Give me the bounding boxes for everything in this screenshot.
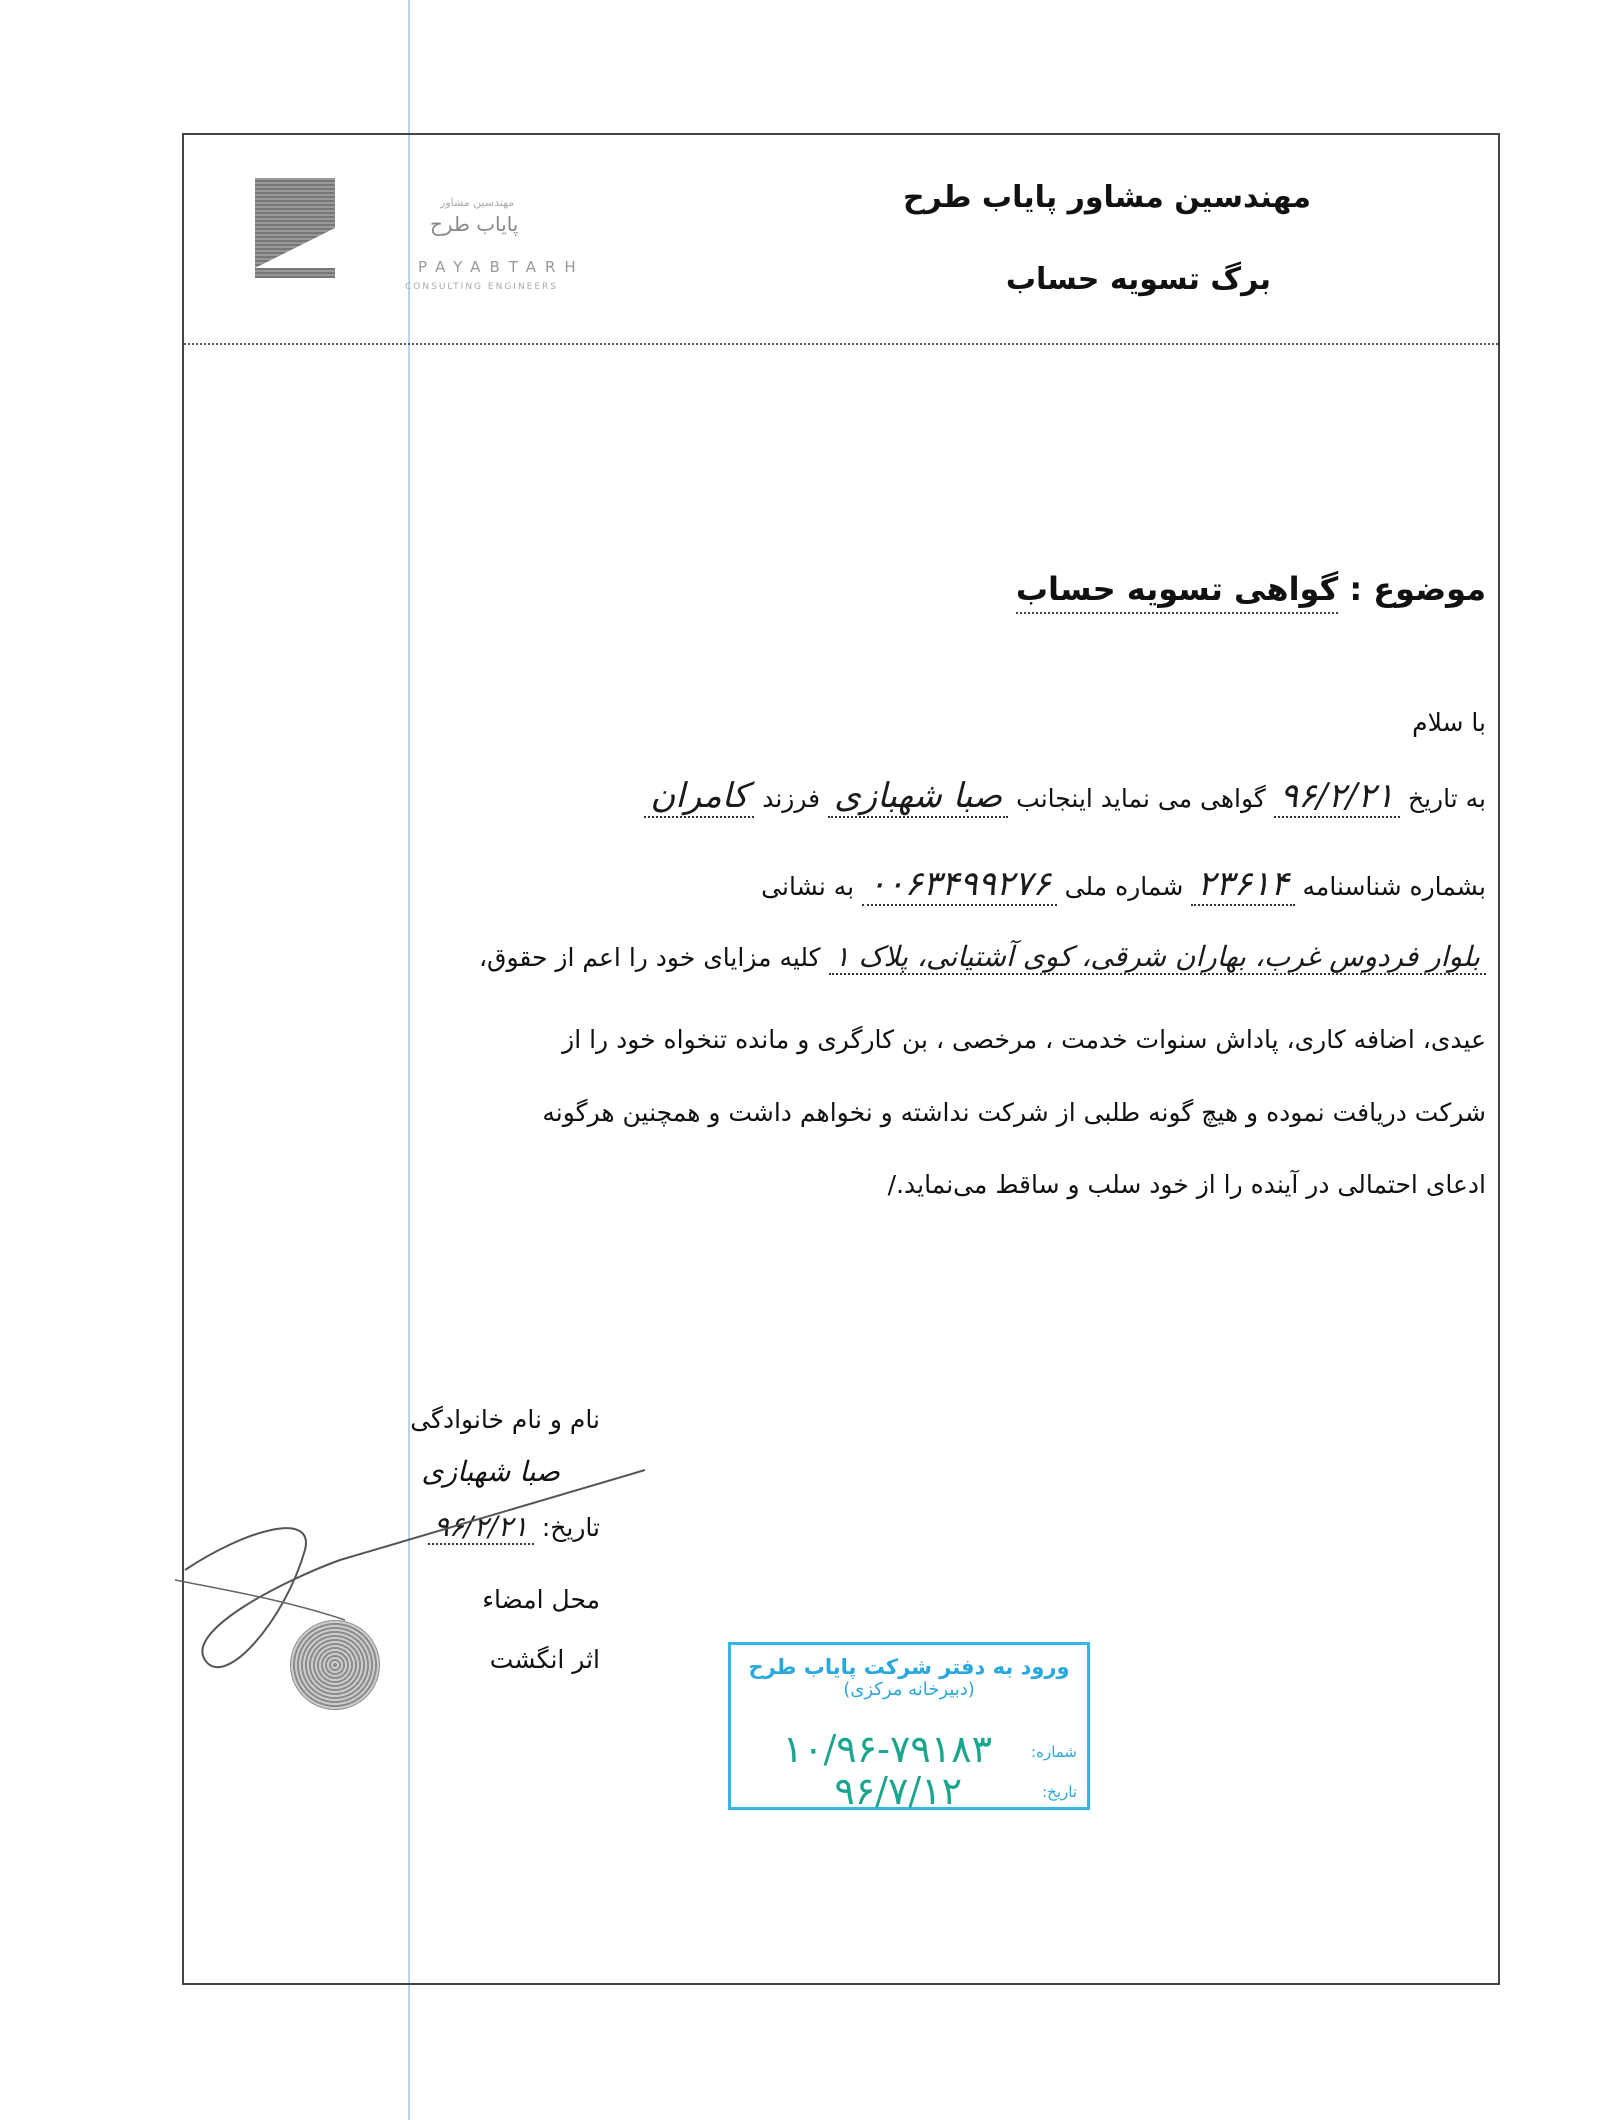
body-line-2: بشماره شناسنامه ۲۳۶۱۴ شماره ملی ۰۰۶۳۴۹۹۲… (761, 864, 1486, 904)
stamp-date-label: تاریخ: (1042, 1783, 1077, 1801)
stamp-number-value: ۱۰/۹۶-۷۹۱۸۳ (783, 1727, 992, 1771)
greeting: با سلام (1412, 708, 1486, 737)
logo-tagline-en: CONSULTING ENGINEERS (405, 282, 558, 292)
name-label: نام و نام خانوادگی (410, 1405, 600, 1434)
text-national-id: شماره ملی (1065, 872, 1184, 901)
text-certifies: گواهی می نماید اینجانب (1016, 784, 1266, 813)
payabtarh-logo-icon (255, 178, 335, 278)
handwritten-name: صبا شهبازی (828, 776, 1008, 818)
text-child-of: فرزند (762, 784, 820, 813)
handwritten-father-name: کامران (644, 776, 754, 818)
text-address-label: به نشانی (761, 872, 854, 901)
body-line-5: شرکت دریافت نموده و هیچ گونه طلبی از شرک… (542, 1098, 1486, 1127)
stamp-date-value: ۹۶/۷/۱۲ (834, 1769, 962, 1813)
text-benefits: کلیه مزایای خود را اعم از حقوق، (479, 943, 821, 972)
logo-subtitle-fa: مهندسین مشاور (440, 196, 514, 209)
body-line-3: بلوار فردوس غرب، بهاران شرقی، کوی آشتیان… (479, 940, 1486, 973)
logo-name-fa: پایاب طرح (430, 212, 518, 236)
signature-scribble-icon (165, 1460, 665, 1690)
body-line-4: عیدی، اضافه کاری، پاداش سنوات خدمت ، مرخ… (562, 1025, 1486, 1054)
logo-name-en: PAYABTARH (418, 258, 585, 276)
text-birth-cert: بشماره شناسنامه (1303, 872, 1486, 901)
document-header (184, 135, 1498, 345)
stamp-title: ورود به دفتر شرکت پایاب طرح (731, 1655, 1087, 1679)
stamp-subtitle: (دبیرخانه مرکزی) (731, 1679, 1087, 1700)
subject-label: موضوع : (1349, 570, 1486, 608)
registration-stamp: ورود به دفتر شرکت پایاب طرح (دبیرخانه مر… (728, 1642, 1090, 1810)
body-line-1: به تاریخ ۹۶/۲/۲۱ گواهی می نماید اینجانب … (644, 776, 1486, 816)
subject-value: گواهی تسویه حساب (1016, 570, 1338, 614)
handwritten-address: بلوار فردوس غرب، بهاران شرقی، کوی آشتیان… (829, 940, 1486, 975)
body-line-6: ادعای احتمالی در آینده را از خود سلب و س… (888, 1170, 1486, 1199)
form-title: برگ تسویه حساب (1006, 262, 1271, 297)
subject-line: موضوع : گواهی تسویه حساب (1016, 570, 1486, 608)
handwritten-date: ۹۶/۲/۲۱ (1274, 776, 1400, 818)
stamp-number-label: شماره: (1031, 1743, 1077, 1761)
handwritten-birth-cert-number: ۲۳۶۱۴ (1191, 864, 1294, 906)
text-date-prefix: به تاریخ (1408, 784, 1486, 813)
handwritten-national-id: ۰۰۶۳۴۹۹۲۷۶ (862, 864, 1057, 906)
company-name: مهندسین مشاور پایاب طرح (903, 180, 1311, 215)
